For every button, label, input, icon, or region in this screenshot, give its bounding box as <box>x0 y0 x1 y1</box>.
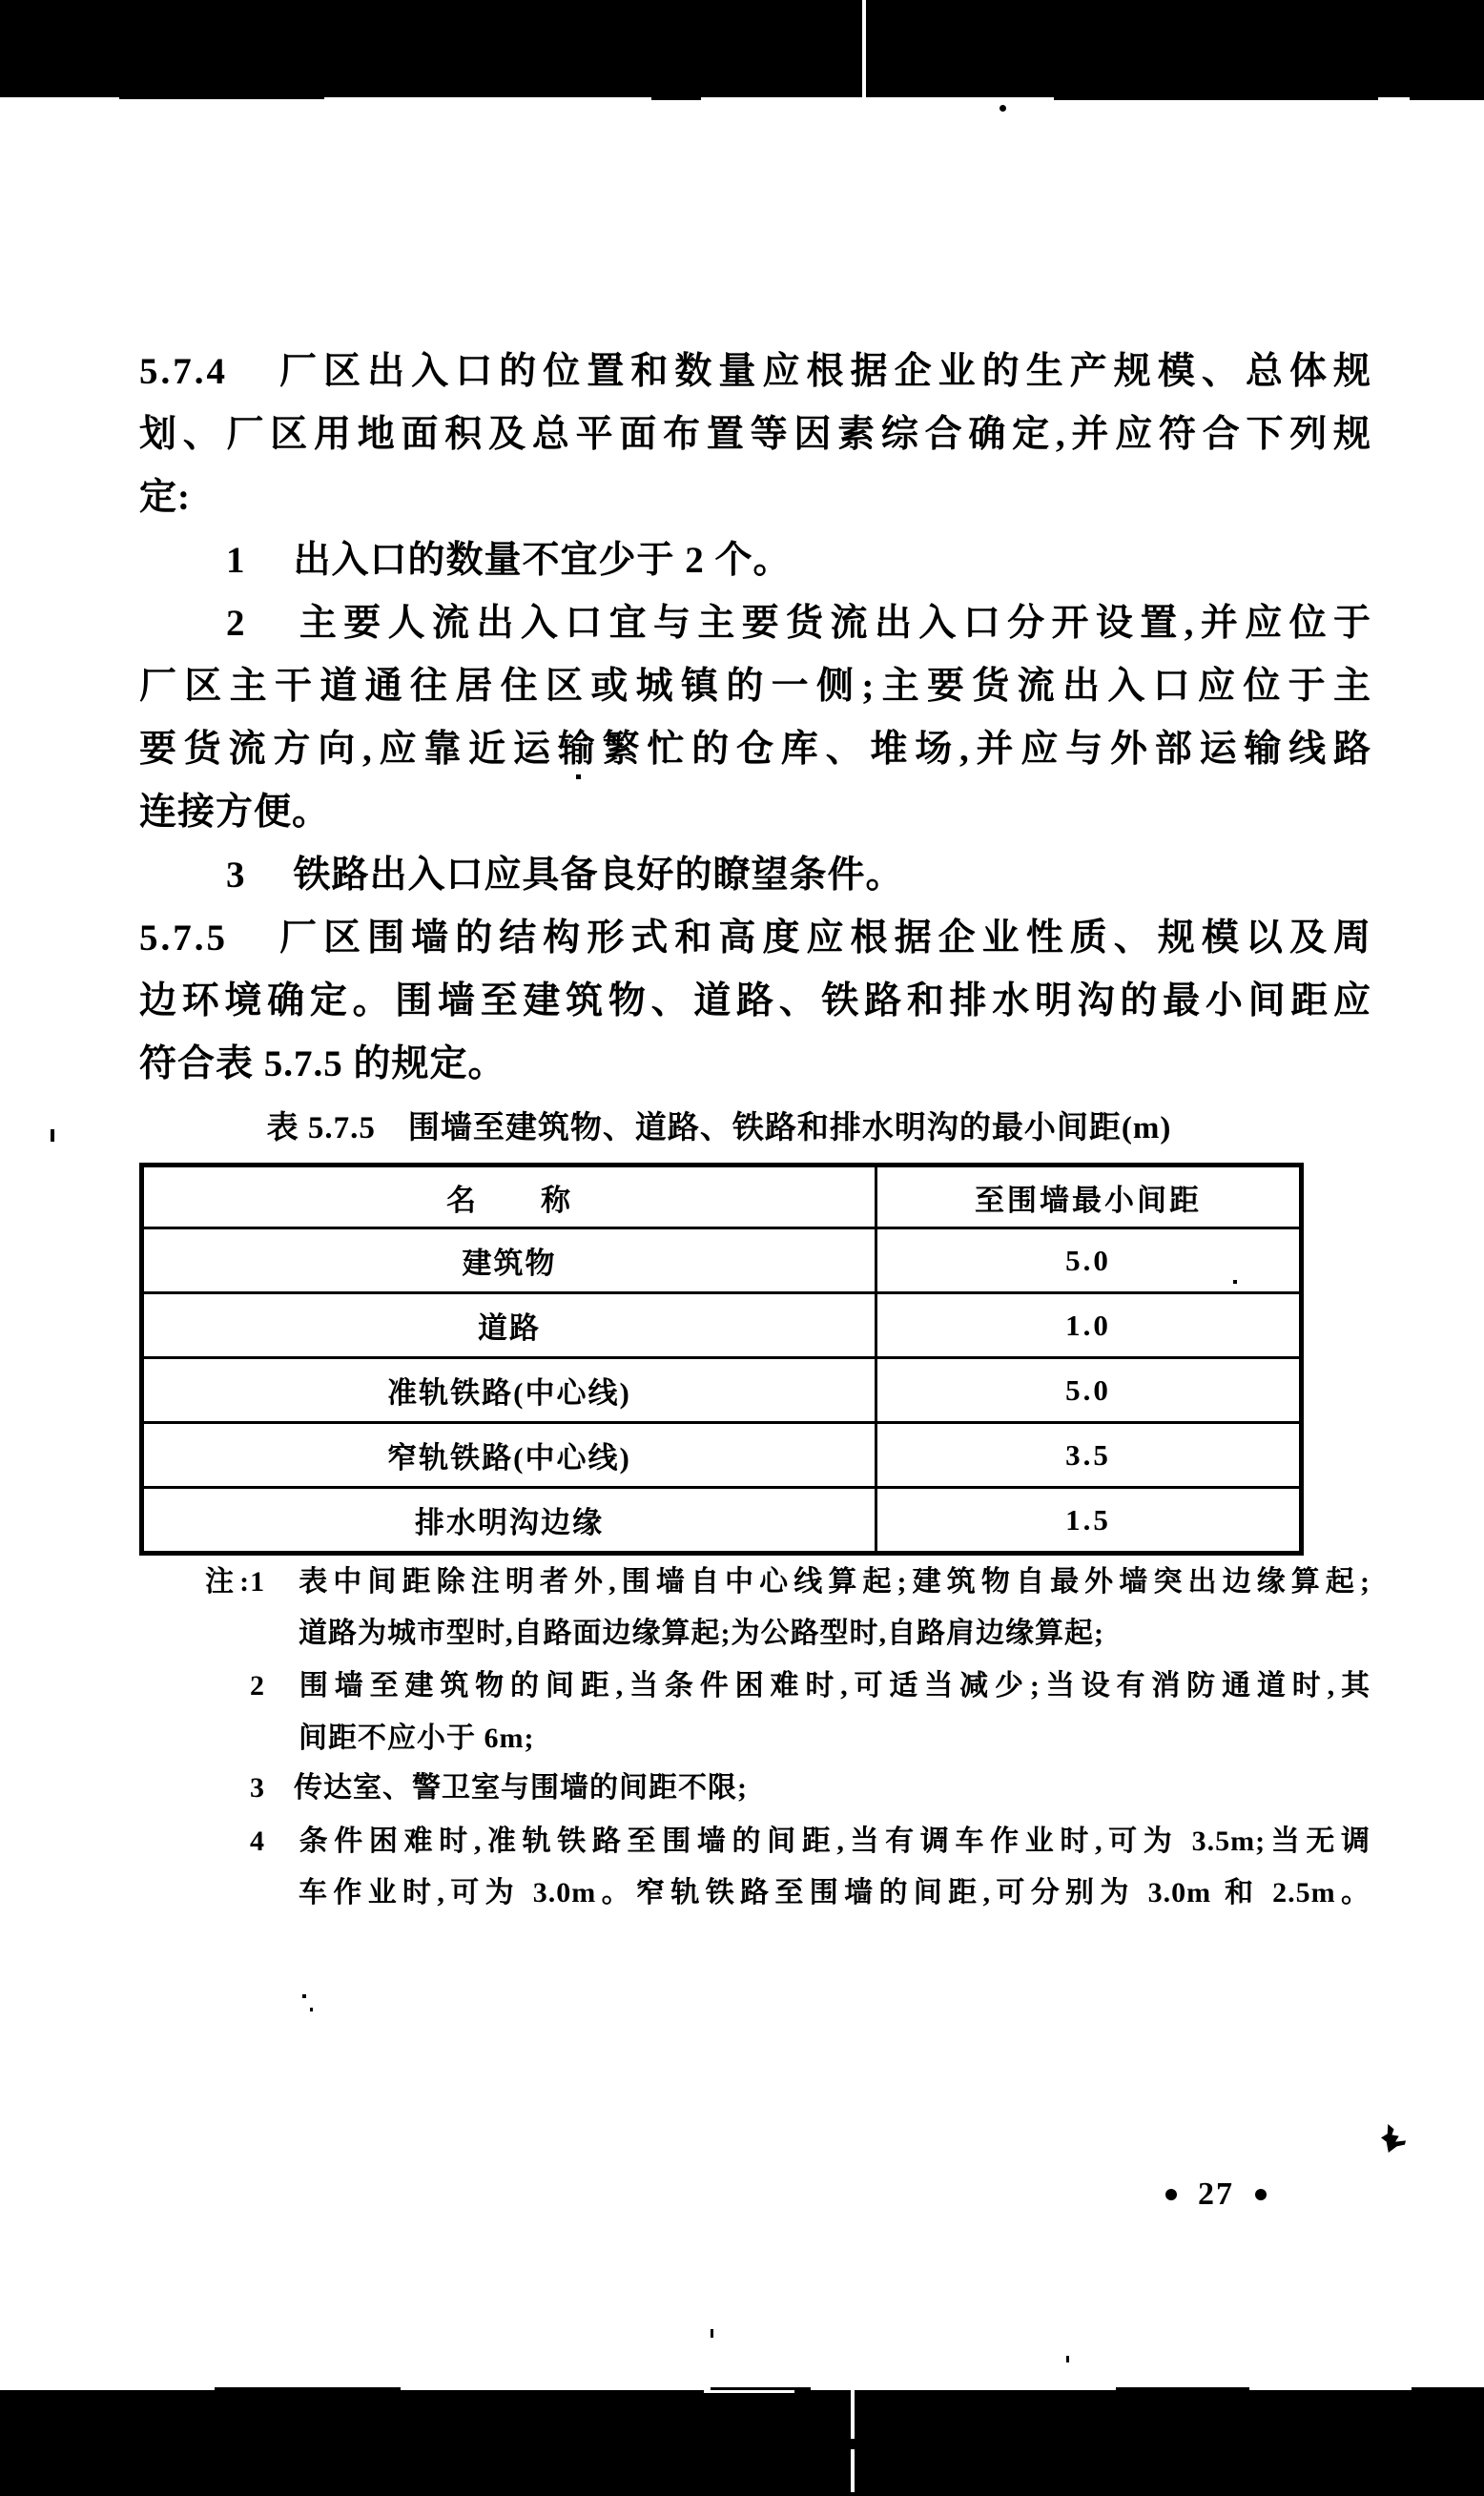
row-name: 建筑物 <box>144 1229 877 1291</box>
scan-artifact <box>576 774 581 779</box>
item-2-line-3: 要货流方向,应靠近运输繁忙的仓库、堆场,并应与外部运输线路 <box>139 728 1371 772</box>
page-number-value: 27 <box>1198 2176 1234 2213</box>
clause-number: 5.7.4 <box>139 351 228 392</box>
scan-artifact <box>119 96 324 99</box>
clause-text: 定: <box>139 477 191 518</box>
table-row: 道路 1.0 <box>144 1291 1299 1356</box>
table-row: 准轨铁路(中心线) 5.0 <box>144 1356 1299 1421</box>
table-row: 排水明沟边缘 1.5 <box>144 1486 1299 1551</box>
note-1-line-1: 注:1表中间距除注明者外,围墙自中心线算起;建筑物自最外墙突出边缘算起; <box>205 1565 1371 1599</box>
item-3-line-1: 3铁路出入口应具备良好的瞭望条件。 <box>226 854 904 897</box>
scan-artifact <box>1410 95 1484 100</box>
clause-text: 边环境确定。围墙至建筑物、道路、铁路和排水明沟的最小间距应 <box>139 980 1371 1021</box>
scan-artifact <box>711 2329 713 2338</box>
clause-text: 划、厂区用地面积及总平面布置等因素综合确定,并应符合下列规 <box>139 414 1371 455</box>
note-number: 3 <box>250 1772 265 1804</box>
note-label: 注:1 <box>205 1566 265 1598</box>
note-2-line-1: 2围墙至建筑物的间距,当条件困难时,可适当减少;当设有消防通道时,其 <box>250 1669 1371 1703</box>
note-text: 道路为城市型时,自路面边缘算起;为公路型时,自路肩边缘算起; <box>299 1618 1104 1649</box>
clause-575-line-3: 符合表 5.7.5 的规定。 <box>139 1042 506 1086</box>
clause-text: 符合表 5.7.5 的规定。 <box>139 1043 506 1084</box>
item-2-line-1: 2主要人流出入口宜与主要货流出入口分开设置,并应位于 <box>226 602 1371 646</box>
item-text: 要货流方向,应靠近运输繁忙的仓库、堆场,并应与外部运输线路 <box>139 729 1371 770</box>
item-number: 3 <box>226 855 248 896</box>
scan-artifact <box>651 97 701 100</box>
note-4-line-2: 车作业时,可为 3.0m。窄轨铁路至围墙的间距,可分别为 3.0m 和 2.5m… <box>299 1876 1371 1910</box>
page-number: 27 <box>1165 2176 1267 2213</box>
item-1-line-1: 1出入口的数量不宜少于 2 个。 <box>226 539 792 583</box>
scanned-document-page: 5.7.4厂区出入口的位置和数量应根据企业的生产规模、总体规 划、厂区用地面积及… <box>0 0 1484 2496</box>
row-value: 1.5 <box>877 1489 1299 1551</box>
table-header-distance: 至围墙最小间距 <box>877 1167 1299 1227</box>
table-5-7-5: 名 称 至围墙最小间距 建筑物 5.0 道路 1.0 准轨铁路(中心线) 5.0… <box>139 1163 1304 1556</box>
note-text: 条件困难时,准轨铁路至围墙的间距,当有调车作业时,可为 3.5m;当无调 <box>294 1826 1371 1857</box>
row-value: 5.0 <box>877 1359 1299 1421</box>
scan-artifact <box>51 1129 54 1142</box>
scan-artifact-top-bar <box>0 0 1484 97</box>
note-4-line-1: 4条件困难时,准轨铁路至围墙的间距,当有调车作业时,可为 3.5m;当无调 <box>250 1825 1371 1859</box>
clause-text: 厂区出入口的位置和数量应根据企业的生产规模、总体规 <box>274 351 1371 392</box>
table-header-name: 名 称 <box>144 1167 877 1227</box>
note-text: 间距不应小于 6m; <box>299 1722 534 1754</box>
table-title: 表 5.7.5 围墙至建筑物、道路、铁路和排水明沟的最小间距(m) <box>139 1103 1299 1147</box>
note-1-line-2: 道路为城市型时,自路面边缘算起;为公路型时,自路肩边缘算起; <box>299 1617 1104 1651</box>
item-2-line-4: 连接方便。 <box>139 791 330 835</box>
item-text: 厂区主干道通往居住区或城镇的一侧;主要货流出入口应位于主 <box>139 666 1371 707</box>
item-text: 连接方便。 <box>139 792 330 833</box>
page-number-dot-left <box>1165 2189 1177 2200</box>
clause-575-line-1: 5.7.5厂区围墙的结构形式和高度应根据企业性质、规模以及周 <box>139 917 1371 960</box>
item-text: 主要人流出入口宜与主要货流出入口分开设置,并应位于 <box>294 603 1372 644</box>
scan-artifact <box>310 2008 313 2011</box>
scan-artifact <box>1066 2356 1069 2362</box>
note-text: 车作业时,可为 3.0m。窄轨铁路至围墙的间距,可分别为 3.0m 和 2.5m… <box>299 1877 1371 1908</box>
clause-574-line-1: 5.7.4厂区出入口的位置和数量应根据企业的生产规模、总体规 <box>139 350 1371 394</box>
row-value: 3.5 <box>877 1424 1299 1486</box>
scan-artifact <box>1000 105 1006 112</box>
note-2-line-2: 间距不应小于 6m; <box>299 1722 534 1756</box>
note-number: 2 <box>250 1670 265 1702</box>
scan-artifact-fold-line <box>851 2390 855 2439</box>
scan-artifact <box>704 2390 794 2393</box>
page-number-dot-right <box>1255 2189 1267 2200</box>
note-3-line-1: 3传达室、警卫室与围墙的间距不限; <box>250 1771 748 1805</box>
clause-number: 5.7.5 <box>139 918 228 959</box>
clause-text: 厂区围墙的结构形式和高度应根据企业性质、规模以及周 <box>274 918 1371 959</box>
row-name: 排水明沟边缘 <box>144 1489 877 1551</box>
note-text: 围墙至建筑物的间距,当条件困难时,可适当减少;当设有消防通道时,其 <box>294 1670 1371 1702</box>
table-row: 建筑物 5.0 <box>144 1227 1299 1291</box>
clause-575-line-2: 边环境确定。围墙至建筑物、道路、铁路和排水明沟的最小间距应 <box>139 980 1371 1023</box>
table-header-row: 名 称 至围墙最小间距 <box>144 1167 1299 1227</box>
row-name: 准轨铁路(中心线) <box>144 1359 877 1421</box>
item-number: 2 <box>226 603 248 644</box>
scan-artifact-fold-line <box>862 0 866 97</box>
scan-artifact-fold-line <box>851 2449 855 2492</box>
item-number: 1 <box>226 540 248 581</box>
note-text: 表中间距除注明者外,围墙自中心线算起;建筑物自最外墙突出边缘算起; <box>294 1566 1371 1598</box>
note-text: 传达室、警卫室与围墙的间距不限; <box>294 1772 748 1804</box>
item-2-line-2: 厂区主干道通往居住区或城镇的一侧;主要货流出入口应位于主 <box>139 665 1371 709</box>
table-row: 窄轨铁路(中心线) 3.5 <box>144 1421 1299 1486</box>
scan-artifact-ink-blot <box>1381 2124 1406 2153</box>
scan-artifact-bottom-bar <box>0 2390 1484 2496</box>
row-value: 1.0 <box>877 1294 1299 1356</box>
item-text: 出入口的数量不宜少于 2 个。 <box>294 540 792 581</box>
clause-574-line-3: 定: <box>139 476 191 520</box>
item-text: 铁路出入口应具备良好的瞭望条件。 <box>294 855 904 896</box>
clause-574-line-2: 划、厂区用地面积及总平面布置等因素综合确定,并应符合下列规 <box>139 413 1371 457</box>
row-name: 窄轨铁路(中心线) <box>144 1424 877 1486</box>
scan-artifact <box>302 1994 306 1998</box>
scan-artifact <box>1054 96 1378 100</box>
scan-artifact <box>1233 1280 1237 1284</box>
note-number: 4 <box>250 1826 265 1857</box>
row-name: 道路 <box>144 1294 877 1356</box>
